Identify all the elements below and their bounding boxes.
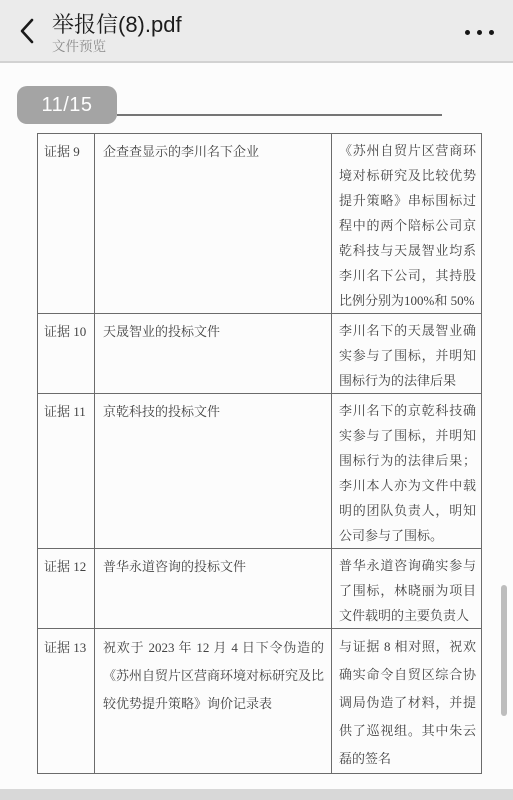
document-rule xyxy=(117,114,442,116)
file-preview-screen: 举报信(8).pdf 文件预览 11/15 证据 9企查查显示的李川名下企业《苏… xyxy=(0,0,513,800)
label-cell: 证据 9 xyxy=(38,134,95,314)
label-cell: 证据 12 xyxy=(38,549,95,629)
header-titles: 举报信(8).pdf 文件预览 xyxy=(46,11,463,55)
label-cell: 证据 13 xyxy=(38,629,95,774)
app-header: 举报信(8).pdf 文件预览 xyxy=(0,0,513,63)
table-row: 证据 12普华永道咨询的投标文件普华永道咨询确实参与了围标，林晓丽为项目文件载明… xyxy=(38,549,482,629)
table-row: 证据 11京乾科技的投标文件李川名下的京乾科技确实参与了围标，并明知围标行为的法… xyxy=(38,394,482,549)
table-row: 证据 9企查查显示的李川名下企业《苏州自贸片区营商环境对标研究及比较优势提升策略… xyxy=(38,134,482,314)
label-cell: 证据 11 xyxy=(38,394,95,549)
file-title: 举报信(8).pdf xyxy=(52,11,463,38)
pdf-page: 11/15 证据 9企查查显示的李川名下企业《苏州自贸片区营商环境对标研究及比较… xyxy=(0,63,513,789)
chevron-left-icon xyxy=(19,18,35,47)
back-button[interactable] xyxy=(8,11,46,55)
evidence-table: 证据 9企查查显示的李川名下企业《苏州自贸片区营商环境对标研究及比较优势提升策略… xyxy=(37,133,482,774)
note-cell: 李川名下的京乾科技确实参与了围标，并明知围标行为的法律后果；李川本人亦为文件中载… xyxy=(332,394,482,549)
note-cell: 与证据 8 相对照，祝欢确实命令自贸区综合协调局伪造了材料，并提供了巡视组。其中… xyxy=(332,629,482,774)
scrollbar-thumb[interactable] xyxy=(501,585,507,716)
evidence-table-body: 证据 9企查查显示的李川名下企业《苏州自贸片区营商环境对标研究及比较优势提升策略… xyxy=(38,134,482,774)
page-indicator-badge: 11/15 xyxy=(17,86,117,124)
item-cell: 企查查显示的李川名下企业 xyxy=(95,134,332,314)
item-cell: 京乾科技的投标文件 xyxy=(95,394,332,549)
item-cell: 祝欢于 2023 年 12 月 4 日下令伪造的《苏州自贸片区营商环境对标研究及… xyxy=(95,629,332,774)
table-row: 证据 10天晟智业的投标文件李川名下的天晟智业确实参与了围标，并明知围标行为的法… xyxy=(38,314,482,394)
ellipsis-icon xyxy=(465,30,470,35)
more-menu-button[interactable] xyxy=(463,20,496,45)
label-cell: 证据 10 xyxy=(38,314,95,394)
note-cell: 李川名下的天晟智业确实参与了围标，并明知围标行为的法律后果 xyxy=(332,314,482,394)
table-row: 证据 13祝欢于 2023 年 12 月 4 日下令伪造的《苏州自贸片区营商环境… xyxy=(38,629,482,774)
note-cell: 普华永道咨询确实参与了围标，林晓丽为项目文件载明的主要负责人 xyxy=(332,549,482,629)
item-cell: 普华永道咨询的投标文件 xyxy=(95,549,332,629)
item-cell: 天晟智业的投标文件 xyxy=(95,314,332,394)
note-cell: 《苏州自贸片区营商环境对标研究及比较优势提升策略》串标围标过程中的两个陪标公司京… xyxy=(332,134,482,314)
preview-label: 文件预览 xyxy=(52,38,463,55)
background-strip xyxy=(0,789,513,800)
